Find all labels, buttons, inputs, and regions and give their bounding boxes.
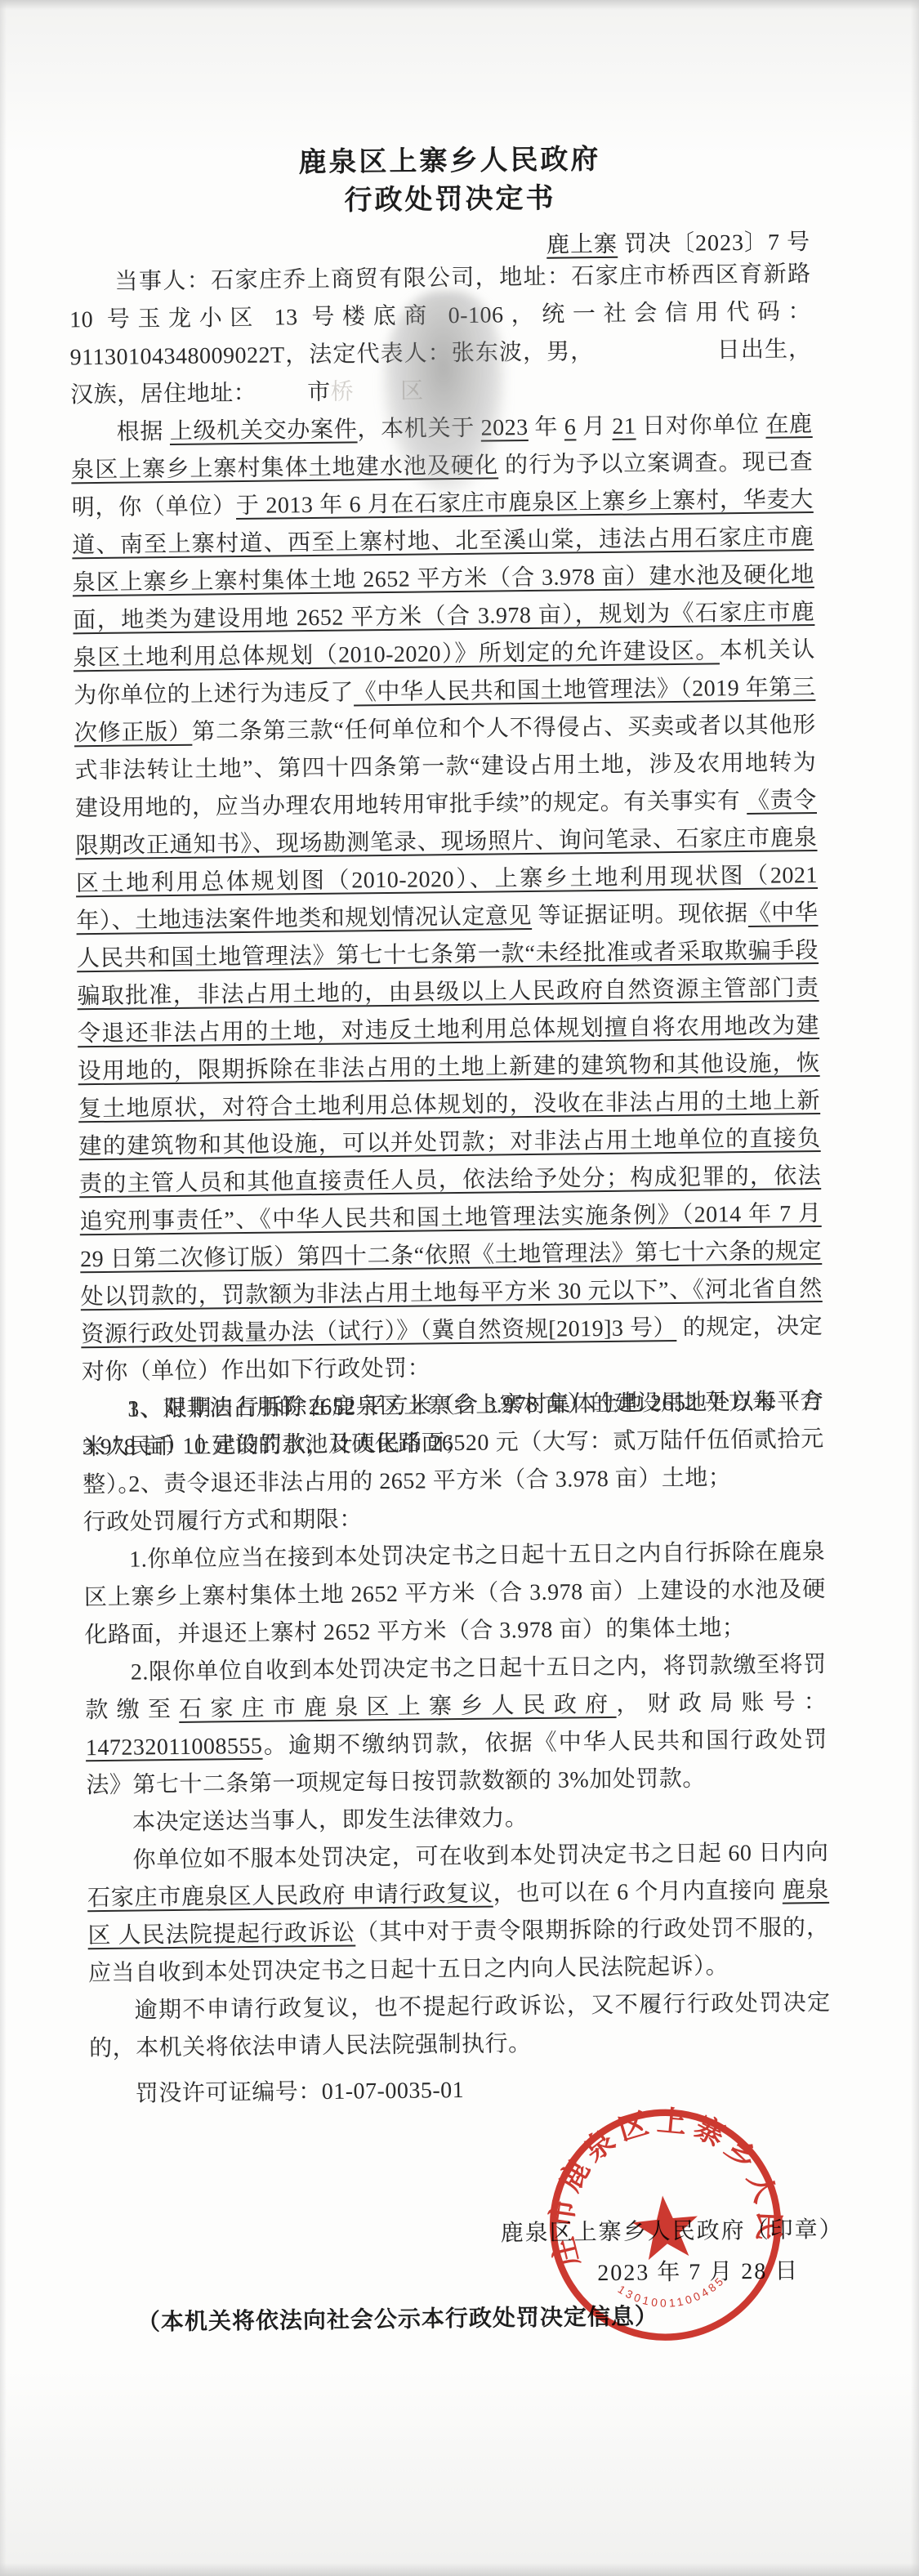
document-number-place: 鹿上寨 [546, 232, 618, 258]
text-segment: 月 [576, 414, 612, 440]
text-segment: ，本机关于 [357, 416, 481, 443]
text-segment: 你单位如不服本处罚决定，可在收到本处罚决定书之日起 60 日内向 [132, 1840, 828, 1873]
paragraph: 1.你单位应当在接到本处罚决定书之日起十五日之内自行拆除在鹿泉区上寨乡上寨村集体… [83, 1534, 827, 1654]
redaction-gap [257, 386, 307, 402]
paragraph: 当事人：石家庄乔上商贸有限公司，地址：石家庄市桥西区育新路 10 号玉龙小区 1… [69, 256, 812, 414]
svg-text:1301001100485: 1301001100485 [614, 2273, 729, 2315]
text-segment: 行政处罚履行方式和期限： [83, 1507, 363, 1535]
text-segment: 等证据证明。现依据 [532, 901, 748, 929]
document-number: 鹿上寨 罚决〔2023〕7 号 [546, 224, 810, 260]
redaction-gap [594, 344, 716, 360]
paragraph: 你单位如不服本处罚决定，可在收到本处罚决定书之日起 60 日内向 石家庄市鹿泉区… [87, 1834, 830, 1993]
body-section-bottom: 3、对非法占用的 2652 平方米（合 3.978 亩）的建设用地处以每平方米人… [82, 1383, 832, 2114]
document-sheet: 鹿泉区上寨乡人民政府 行政处罚决定书 鹿上寨 罚决〔2023〕7 号 当事人：石… [0, 0, 919, 2576]
body-section-top: 当事人：石家庄乔上商贸有限公司，地址：石家庄市桥西区育新路 10 号玉龙小区 1… [69, 256, 824, 1504]
underlined-text: 《中华人民共和国土地管理法》第七十七条第一款“未经批准或者采取欺骗手段骗取批准，… [77, 900, 823, 1347]
document-number-rest: 罚决〔2023〕7 号 [618, 230, 810, 257]
underlined-text: 147232011008555 [86, 1734, 263, 1761]
seal-code: 1301001100485 [614, 2273, 729, 2315]
underlined-text: 6 [564, 414, 577, 440]
underlined-text: 石家庄市鹿泉区人民政府 申请行政复议 [87, 1882, 493, 1912]
text-segment: ，财政局账号： [616, 1690, 827, 1717]
text-segment: 3、对非法占用的 2652 平方米（合 3.978 亩）的建设用地处以每平方米人… [83, 1389, 824, 1498]
text-segment: ，也可以在 6 个月内直接向 [493, 1878, 782, 1907]
underlined-text: 2023 [480, 415, 528, 441]
text-segment: 罚没许可证编号：01-07-0035-01 [136, 2078, 465, 2107]
star-icon [630, 2193, 701, 2261]
faded-text: 桥 区 [330, 378, 423, 404]
text-segment: 市 [307, 380, 331, 405]
scanned-penalty-decision-document: 鹿泉区上寨乡人民政府 行政处罚决定书 鹿上寨 罚决〔2023〕7 号 当事人：石… [0, 0, 919, 2576]
underlined-text: 上级机关交办案件 [170, 417, 358, 444]
paragraph: 逾期不申请行政复议，也不提起行政诉讼，又不履行行政处罚决定的，本机关将依法申请人… [88, 1984, 831, 2068]
text-segment: 逾期不申请行政复议，也不提起行政诉讼，又不履行行政处罚决定的，本机关将依法申请人… [89, 1990, 831, 2061]
paragraph: 2.限你单位自收到本处罚决定书之日起十五日之内，将罚款缴至将罚款缴至石家庄市鹿泉… [85, 1646, 828, 1805]
text-segment: 日对你单位 [636, 413, 765, 440]
text-segment: 根据 [116, 419, 169, 445]
text-segment: 年 [528, 414, 564, 440]
text-segment: 1.你单位应当在接到本处罚决定书之日起十五日之内自行拆除在鹿泉区上寨乡上寨村集体… [84, 1539, 826, 1648]
text-segment: 本决定送达当事人，即发生法律效力。 [132, 1806, 529, 1835]
official-seal-stamp: 石家庄市鹿泉区上寨乡人民政府 1301001100485 [533, 2092, 798, 2357]
underlined-text: 石家庄市鹿泉区上寨乡人民政府 [179, 1692, 617, 1722]
underlined-text: 21 [612, 414, 636, 440]
paragraph: 3、对非法占用的 2652 平方米（合 3.978 亩）的建设用地处以每平方米人… [82, 1383, 825, 1504]
document-title: 鹿泉区上寨乡人民政府 行政处罚决定书 [0, 137, 910, 225]
paragraph: 根据 上级机关交办案件，本机关于 2023 年 6 月 21 日对你单位 在鹿泉… [70, 406, 823, 1391]
